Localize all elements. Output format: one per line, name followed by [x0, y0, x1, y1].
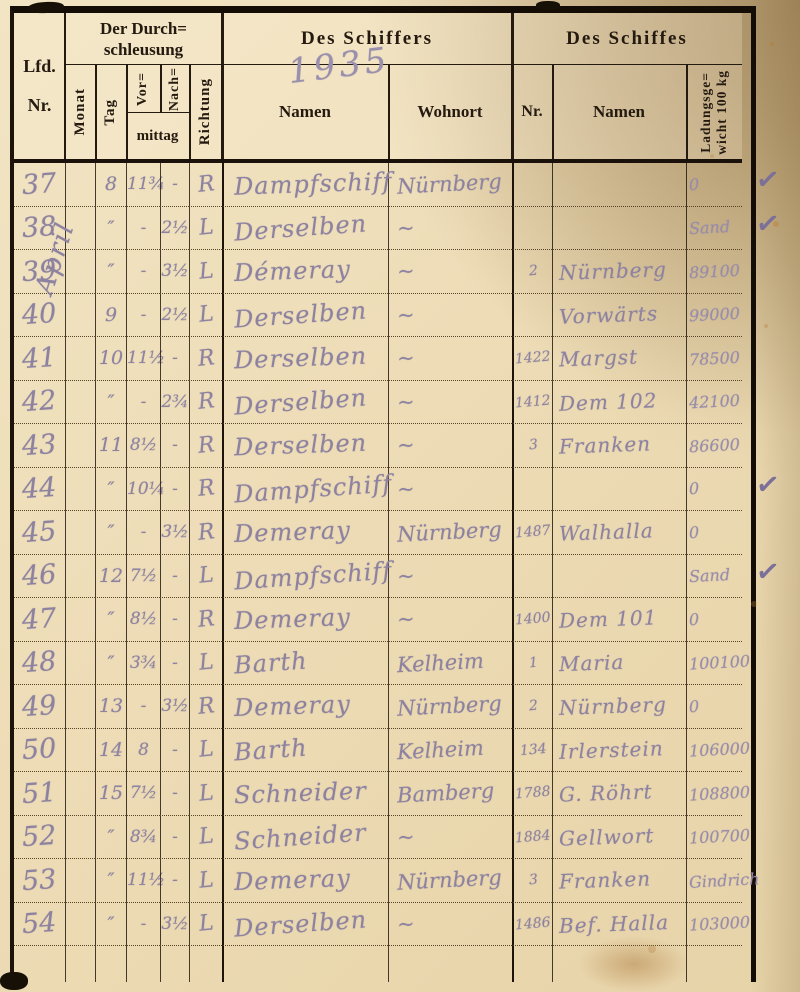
cell-tag: 9: [95, 294, 126, 338]
cell-schiff-nr: [512, 468, 552, 512]
ladung-value: Sand: [689, 565, 731, 586]
nachmittag-value: -: [172, 609, 178, 629]
table-row: 43 11 8½ - R Derselben ~ 3 Franken 86600: [14, 424, 742, 468]
schiff-name-value: Franken: [559, 867, 652, 894]
cell-richtung: L: [189, 642, 222, 686]
vormittag-value: 8½: [130, 609, 157, 629]
schiff-nr-value: 2: [528, 263, 538, 280]
cell-monat: [65, 555, 95, 599]
divider: [64, 13, 67, 159]
richtung-value: R: [196, 519, 215, 546]
cell-schiff-nr: 1: [512, 642, 552, 686]
richtung-value: L: [197, 650, 214, 676]
ladung-value: Sand: [689, 217, 731, 238]
cell-schiff-nr: 1422: [512, 337, 552, 381]
cell-tag: ″: [95, 598, 126, 642]
cell-tag: 8: [95, 163, 126, 207]
ladung-value: 0: [689, 609, 700, 629]
cell-wohnort: ~: [388, 468, 512, 512]
header-schiffes-label: Des Schiffes: [566, 28, 688, 50]
cell-tag: ″: [95, 511, 126, 555]
tag-value: 13: [99, 695, 123, 717]
header-vor-label: Vor=: [135, 72, 151, 106]
divider: [189, 65, 191, 159]
divider: [552, 65, 554, 159]
ladung-value: 100100: [689, 652, 751, 674]
cell-richtung: R: [189, 424, 222, 468]
tag-value: 12: [99, 565, 123, 587]
cell-nachmittag: -: [160, 337, 189, 381]
nachmittag-value: -: [172, 435, 178, 455]
cell-ladung: 78500: [686, 337, 742, 381]
cell-schiff-nr: 1400: [512, 598, 552, 642]
cell-vormittag: 10¼: [126, 468, 160, 512]
cell-schiff-nr: 2: [512, 685, 552, 729]
cell-lfd-nr: 52: [14, 816, 65, 860]
ladung-value: 0: [689, 522, 700, 542]
schiff-nr-value: 2: [528, 698, 538, 715]
cell-richtung: R: [189, 468, 222, 512]
ladung-value: 89100: [689, 260, 741, 282]
cell-schiff-name: G. Röhrt: [552, 772, 686, 816]
cell-schiff-name: Irlerstein: [552, 729, 686, 773]
wohnort-value: Bamberg: [396, 779, 494, 808]
header-mittag-label: mittag: [137, 128, 179, 145]
ledger-page: Lfd. Nr. Der Durch= schleusung Monat Tag…: [0, 0, 800, 992]
cell-empty: [222, 946, 388, 982]
header-lfd-nr: Lfd. Nr.: [14, 13, 65, 159]
cell-schiff-nr: 1884: [512, 816, 552, 860]
cell-wohnort: ~: [388, 555, 512, 599]
cell-lfd-nr: 46: [14, 555, 65, 599]
cell-ladung: 0: [686, 598, 742, 642]
cell-schiffer-name: Dampfschiff: [222, 555, 388, 599]
schiff-nr-value: 1400: [515, 610, 552, 629]
tag-value: ″: [107, 478, 114, 500]
cell-ladung: 89100: [686, 250, 742, 294]
richtung-value: L: [197, 911, 214, 937]
cell-vormittag: -: [126, 207, 160, 251]
cell-schiffer-name: Schneider: [222, 772, 388, 816]
cell-tag: ″: [95, 859, 126, 903]
lfd-nr-value: 52: [21, 820, 57, 853]
nachmittag-value: -: [172, 348, 178, 368]
cell-schiff-nr: 1788: [512, 772, 552, 816]
schiffer-name-value: Démeray: [234, 255, 352, 287]
schiffer-name-value: Derselben: [233, 383, 368, 420]
ladung-value: 78500: [689, 347, 741, 369]
cell-vormittag: 8½: [126, 598, 160, 642]
header-richtung: Richtung: [189, 65, 222, 159]
cell-schiff-nr: 2: [512, 250, 552, 294]
schiff-name-value: Bef. Halla: [559, 910, 670, 938]
cell-wohnort: ~: [388, 207, 512, 251]
schiff-nr-value: 1788: [515, 784, 552, 803]
cell-monat: [65, 816, 95, 860]
wohnort-value: ~: [396, 215, 415, 240]
cell-lfd-nr: 54: [14, 903, 65, 947]
header-ladungsgewicht: Ladungsge= wicht 100 kg: [686, 65, 742, 159]
cell-nachmittag: -: [160, 468, 189, 512]
cell-lfd-nr: 45: [14, 511, 65, 555]
checkmark: ✓: [754, 553, 782, 590]
cell-nachmittag: -: [160, 555, 189, 599]
cell-nachmittag: -: [160, 859, 189, 903]
cell-richtung: L: [189, 816, 222, 860]
lfd-nr-value: 51: [21, 777, 57, 810]
cell-lfd-nr: 50: [14, 729, 65, 773]
wohnort-value: Nürnberg: [396, 866, 502, 895]
cell-nachmittag: -: [160, 642, 189, 686]
cell-lfd-nr: 37: [14, 163, 65, 207]
table-row: 46 12 7½ - L Dampfschiff ~ Sand ✓: [14, 555, 742, 599]
cell-monat: [65, 772, 95, 816]
cell-tag: 13: [95, 685, 126, 729]
ladung-value: 86600: [689, 434, 741, 456]
richtung-value: L: [197, 302, 214, 328]
schiff-nr-value: 1: [528, 654, 538, 671]
cell-schiff-name: [552, 555, 686, 599]
wohnort-value: ~: [396, 302, 415, 327]
vormittag-value: -: [141, 696, 147, 716]
header-tag-label: Tag: [102, 99, 119, 126]
cell-schiffer-name: Derselben: [222, 381, 388, 425]
cell-nachmittag: 2¾: [160, 381, 189, 425]
cell-schiff-name: [552, 163, 686, 207]
schiffer-name-value: Barth: [233, 733, 308, 766]
richtung-value: R: [196, 432, 215, 459]
header-mittag: mittag: [126, 113, 189, 159]
richtung-value: L: [197, 258, 214, 284]
cell-empty: [126, 946, 160, 982]
schiff-name-value: Dem 102: [559, 388, 658, 415]
cell-tag: 15: [95, 772, 126, 816]
schiffer-name-value: Schneider: [234, 777, 368, 810]
cell-empty: [686, 946, 742, 982]
cell-schiffer-name: Derselben: [222, 337, 388, 381]
table-row: 45 ″ - 3½ R Demeray Nürnberg 1487 Walhal…: [14, 511, 742, 555]
paper-specks: [770, 42, 774, 46]
vormittag-value: 7½: [130, 783, 157, 803]
richtung-value: R: [196, 693, 215, 720]
richtung-value: R: [196, 171, 215, 198]
schiff-nr-value: 3: [528, 872, 538, 889]
cell-vormittag: 3¾: [126, 642, 160, 686]
cell-monat: [65, 598, 95, 642]
vormittag-value: -: [141, 914, 147, 934]
vormittag-value: -: [141, 392, 147, 412]
cell-schiff-name: Nürnberg: [552, 685, 686, 729]
ladung-value: 100700: [689, 826, 751, 848]
cell-tag: ″: [95, 207, 126, 251]
cell-nachmittag: -: [160, 772, 189, 816]
vormittag-value: -: [141, 522, 147, 542]
cell-ladung: 99000: [686, 294, 742, 338]
cell-nachmittag: -: [160, 424, 189, 468]
cell-richtung: L: [189, 859, 222, 903]
schiffer-name-value: Derselben: [233, 296, 368, 333]
schiff-name-value: G. Röhrt: [559, 780, 653, 807]
cell-vormittag: 11¾: [126, 163, 160, 207]
tag-value: 11: [99, 434, 123, 456]
vormittag-value: 3¾: [130, 653, 157, 673]
cell-wohnort: ~: [388, 381, 512, 425]
cell-lfd-nr: 44: [14, 468, 65, 512]
schiffer-name-value: Derselben: [233, 209, 368, 246]
cell-vormittag: 8½: [126, 424, 160, 468]
cell-richtung: L: [189, 903, 222, 947]
tag-value: 9: [105, 304, 117, 326]
nachmittag-value: -: [172, 479, 178, 499]
cell-richtung: R: [189, 381, 222, 425]
wohnort-value: Kelheim: [396, 648, 484, 677]
richtung-value: L: [197, 215, 214, 241]
cell-schiff-nr: 3: [512, 424, 552, 468]
lfd-nr-value: 47: [21, 603, 57, 636]
cell-richtung: R: [189, 163, 222, 207]
cell-schiff-name: Dem 101: [552, 598, 686, 642]
header-schiff-nr-label: Nr.: [521, 103, 542, 121]
nachmittag-value: -: [172, 827, 178, 847]
lfd-nr-value: 37: [21, 168, 57, 201]
header-schiffer-namen-label: Namen: [279, 102, 331, 122]
tag-value: 15: [99, 782, 123, 804]
richtung-value: L: [197, 737, 214, 763]
cell-vormittag: 8: [126, 729, 160, 773]
wohnort-value: Kelheim: [396, 735, 484, 764]
tag-value: ″: [107, 608, 114, 630]
header-lfd-line2: Nr.: [28, 95, 52, 116]
cell-schiffer-name: Demeray: [222, 598, 388, 642]
cell-schiff-nr: 1486: [512, 903, 552, 947]
table-row: 38 ″ - 2½ L Derselben ~ Sand ✓: [14, 207, 742, 251]
cell-tag: ″: [95, 642, 126, 686]
vormittag-value: -: [141, 305, 147, 325]
cell-schiff-name: Maria: [552, 642, 686, 686]
schiffer-name-value: Dampfschiff: [233, 556, 393, 595]
cell-wohnort: ~: [388, 816, 512, 860]
tag-value: ″: [107, 652, 114, 674]
header-durchschleusung-line1: Der Durch=: [100, 18, 187, 39]
schiff-nr-value: 1487: [515, 523, 552, 542]
divider: [65, 64, 742, 66]
cell-monat: [65, 381, 95, 425]
ladung-value: Gindrich: [689, 869, 760, 892]
lfd-nr-value: 54: [21, 907, 57, 940]
wohnort-value: ~: [396, 824, 415, 849]
lfd-nr-value: 42: [21, 385, 57, 418]
lock-register-table: Lfd. Nr. Der Durch= schleusung Monat Tag…: [10, 6, 756, 982]
cell-schiff-name: Walhalla: [552, 511, 686, 555]
tag-value: 8: [105, 173, 117, 195]
lfd-nr-value: 46: [21, 559, 57, 592]
header-ladung-line1: Ladungsge=: [698, 72, 713, 153]
nachmittag-value: 3½: [161, 696, 188, 716]
schiff-nr-value: 1412: [515, 392, 552, 411]
cell-wohnort: ~: [388, 250, 512, 294]
schiff-name-value: Gellwort: [559, 823, 655, 850]
richtung-value: R: [196, 345, 215, 372]
cell-vormittag: -: [126, 685, 160, 729]
cell-lfd-nr: 48: [14, 642, 65, 686]
header-group-durchschleusung: Der Durch= schleusung: [65, 13, 222, 65]
header-durchschleusung-line2: schleusung: [104, 39, 183, 60]
cell-tag: 14: [95, 729, 126, 773]
lfd-nr-value: 48: [21, 646, 57, 679]
checkmark: ✓: [754, 162, 782, 199]
header-vormittag: Vor=: [126, 65, 160, 113]
cell-schiffer-name: Demeray: [222, 859, 388, 903]
cell-ladung: 42100: [686, 381, 742, 425]
cell-wohnort: Kelheim: [388, 729, 512, 773]
cell-tag: ″: [95, 816, 126, 860]
vormittag-value: 8½: [130, 435, 157, 455]
ladung-value: 42100: [689, 391, 741, 413]
table-header: Lfd. Nr. Der Durch= schleusung Monat Tag…: [14, 13, 742, 163]
cell-richtung: L: [189, 729, 222, 773]
schiff-name-value: Nürnberg: [559, 692, 668, 720]
wohnort-value: ~: [396, 911, 415, 936]
cell-tag: 11: [95, 424, 126, 468]
cell-vormittag: 8¾: [126, 816, 160, 860]
cell-richtung: R: [189, 598, 222, 642]
ladung-value: 0: [689, 696, 700, 716]
cell-ladung: 0: [686, 511, 742, 555]
wohnort-value: ~: [396, 259, 415, 284]
cell-wohnort: Nürnberg: [388, 685, 512, 729]
tag-value: 10: [99, 347, 123, 369]
cell-wohnort: Nürnberg: [388, 859, 512, 903]
cell-schiffer-name: Schneider: [222, 816, 388, 860]
header-nach-label: Nach=: [167, 67, 183, 111]
cell-richtung: R: [189, 511, 222, 555]
header-nachmittag: Nach=: [160, 65, 189, 113]
divider: [511, 13, 514, 159]
ladung-value: 99000: [689, 304, 741, 326]
lfd-nr-value: 49: [21, 690, 57, 723]
cell-schiff-nr: 1487: [512, 511, 552, 555]
schiffer-name-value: Derselben: [233, 905, 368, 942]
cell-monat: [65, 729, 95, 773]
cell-ladung: 100100: [686, 642, 742, 686]
cell-wohnort: ~: [388, 903, 512, 947]
table-row: 50 14 8 - L Barth Kelheim 134 Irlerstein…: [14, 729, 742, 773]
cell-wohnort: Bamberg: [388, 772, 512, 816]
cell-schiff-name: Dem 102: [552, 381, 686, 425]
cell-nachmittag: 3½: [160, 685, 189, 729]
ladung-value: 108800: [689, 782, 751, 804]
cell-vormittag: -: [126, 381, 160, 425]
nachmittag-value: -: [172, 653, 178, 673]
nachmittag-value: 3½: [161, 261, 188, 281]
ink-blot: [0, 972, 28, 990]
cell-empty: [189, 946, 222, 982]
schiff-name-value: Walhalla: [559, 519, 654, 546]
cell-monat: [65, 511, 95, 555]
cell-schiffer-name: Dampfschiff: [222, 163, 388, 207]
schiff-name-value: Nürnberg: [559, 257, 668, 285]
nachmittag-value: 2½: [161, 218, 188, 238]
table-row: 51 15 7½ - L Schneider Bamberg 1788 G. R…: [14, 772, 742, 816]
ladung-value: 106000: [689, 739, 751, 761]
schiffer-name-value: Derselben: [234, 342, 368, 375]
header-monat-label: Monat: [72, 88, 89, 136]
cell-vormittag: -: [126, 903, 160, 947]
header-richtung-label: Richtung: [197, 78, 214, 145]
schiffer-name-value: Schneider: [233, 818, 367, 855]
cell-schiff-name: Gellwort: [552, 816, 686, 860]
wohnort-value: ~: [396, 607, 415, 632]
lfd-nr-value: 53: [21, 864, 57, 897]
cell-nachmittag: 2½: [160, 294, 189, 338]
wohnort-value: Nürnberg: [396, 518, 502, 547]
cell-ladung: 0: [686, 685, 742, 729]
cell-schiffer-name: Derselben: [222, 424, 388, 468]
cell-schiffer-name: Derselben: [222, 294, 388, 338]
table-row: 37 8 11¾ - R Dampfschiff Nürnberg 0 ✓: [14, 163, 742, 207]
cell-schiff-nr: [512, 207, 552, 251]
richtung-value: R: [196, 475, 215, 502]
tag-value: ″: [107, 869, 114, 891]
header-ladung-lines: Ladungsge= wicht 100 kg: [698, 70, 730, 155]
cell-schiff-name: [552, 468, 686, 512]
schiff-name-value: Dem 101: [559, 606, 658, 633]
lfd-nr-value: 50: [21, 733, 57, 766]
cell-tag: ″: [95, 250, 126, 294]
cell-monat: [65, 424, 95, 468]
cell-vormittag: 11½: [126, 337, 160, 381]
cell-richtung: L: [189, 294, 222, 338]
cell-monat: [65, 903, 95, 947]
schiff-nr-value: 1422: [515, 349, 552, 368]
cell-ladung: 100700: [686, 816, 742, 860]
cell-schiff-nr: 134: [512, 729, 552, 773]
cell-schiffer-name: Demeray: [222, 685, 388, 729]
cell-richtung: L: [189, 555, 222, 599]
tag-value: ″: [107, 217, 114, 239]
divider: [686, 65, 688, 159]
tag-value: ″: [107, 521, 114, 543]
tag-value: 14: [99, 739, 123, 761]
schiffer-name-value: Derselben: [234, 429, 368, 462]
header-wohnort-label: Wohnort: [417, 102, 482, 122]
nachmittag-value: 3½: [161, 522, 188, 542]
ladung-value: 103000: [689, 913, 751, 935]
wohnort-value: Nürnberg: [396, 692, 502, 721]
cell-monat: [65, 685, 95, 729]
cell-nachmittag: -: [160, 816, 189, 860]
tag-value: ″: [107, 391, 114, 413]
vormittag-value: -: [141, 218, 147, 238]
table-row: 49 13 - 3½ R Demeray Nürnberg 2 Nürnberg…: [14, 685, 742, 729]
table-row: 47 ″ 8½ - R Demeray ~ 1400 Dem 101 0: [14, 598, 742, 642]
tag-value: ″: [107, 826, 114, 848]
schiffer-name-value: Barth: [233, 646, 308, 679]
schiffer-name-value: Demeray: [234, 516, 352, 548]
lfd-nr-value: 43: [21, 429, 57, 462]
cell-schiff-nr: [512, 555, 552, 599]
schiff-nr-value: 1884: [515, 827, 552, 846]
cell-vormittag: 7½: [126, 555, 160, 599]
cell-schiffer-name: Barth: [222, 642, 388, 686]
cell-ladung: 108800: [686, 772, 742, 816]
table-row: 41 10 11½ - R Derselben ~ 1422 Margst 78…: [14, 337, 742, 381]
cell-lfd-nr: 42: [14, 381, 65, 425]
cell-lfd-nr: 49: [14, 685, 65, 729]
cell-nachmittag: 3½: [160, 250, 189, 294]
cell-schiff-nr: [512, 163, 552, 207]
table-body: 37 8 11¾ - R Dampfschiff Nürnberg 0 ✓ 38…: [14, 163, 742, 946]
